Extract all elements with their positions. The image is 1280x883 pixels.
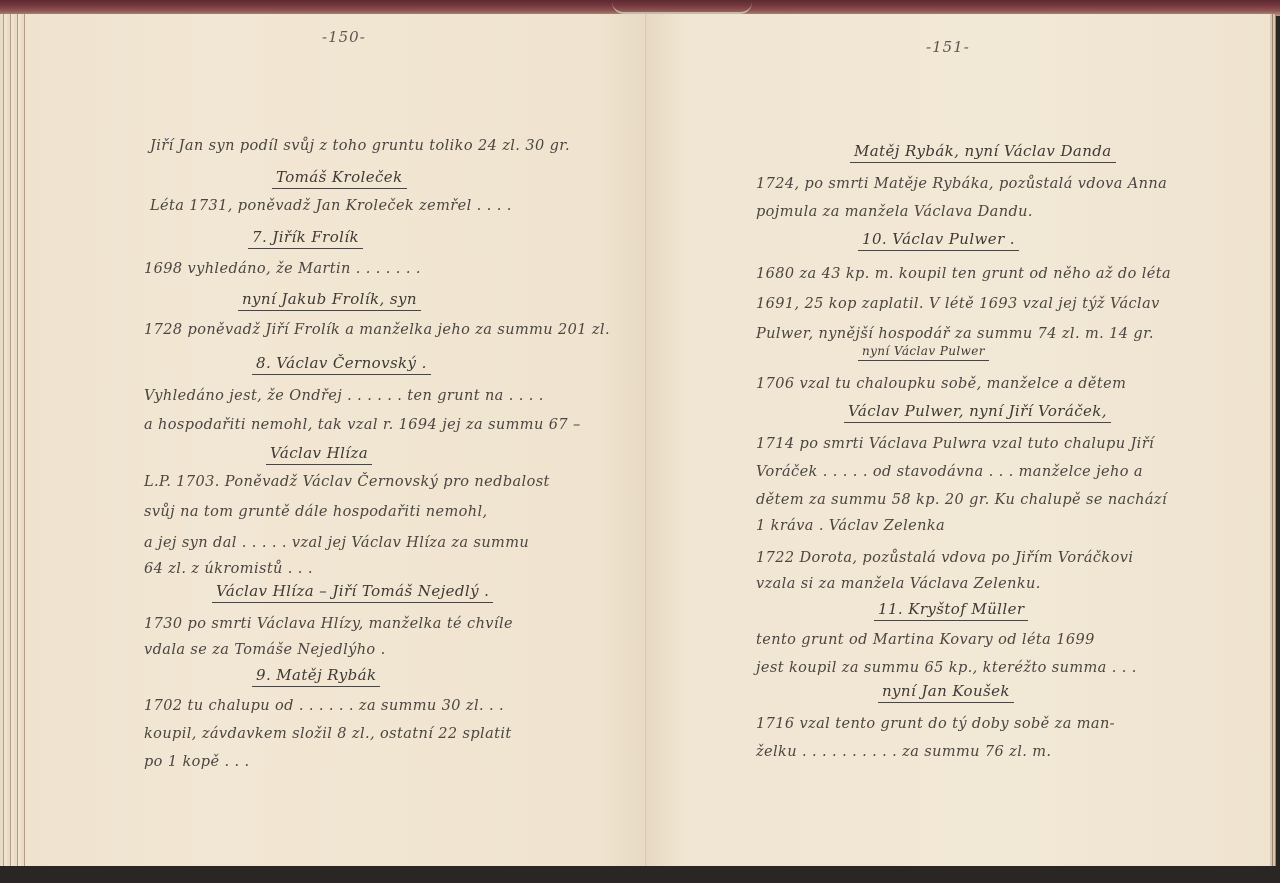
entry-heading: nyní Václav Pulwer [858, 344, 989, 361]
stacked-page-edges [0, 14, 27, 866]
open-book: -150- Jiří Jan syn podíl svůj z toho gru… [0, 14, 1280, 866]
page-number-left: -150- [322, 28, 366, 46]
entry-heading: Václav Hlíza – Jiří Tomáš Nejedlý . [212, 582, 493, 603]
bookmark-thread [612, 2, 752, 14]
text-line: 1730 po smrti Václava Hlízy, manželka té… [144, 616, 513, 632]
text-line: dětem za summu 58 kp. 20 gr. Ku chalupě … [756, 492, 1167, 508]
text-line: jest koupil za summu 65 kp., kteréžto su… [756, 660, 1137, 676]
text-line: Jiří Jan syn podíl svůj z toho gruntu to… [150, 138, 570, 154]
entry-heading: 9. Matěj Rybák [252, 666, 380, 687]
page-number-right: -151- [926, 38, 970, 56]
text-line: koupil, závdavkem složil 8 zl., ostatní … [144, 726, 512, 742]
entry-heading: 10. Václav Pulwer . [858, 230, 1019, 251]
text-line: 1716 vzal tento grunt do tý doby sobě za… [756, 716, 1115, 732]
text-line: 1691, 25 kop zaplatil. V létě 1693 vzal … [756, 296, 1160, 312]
text-line: tento grunt od Martina Kovary od léta 16… [756, 632, 1095, 648]
text-line: a hospodařiti nemohl, tak vzal r. 1694 j… [144, 417, 581, 433]
entry-heading: Matěj Rybák, nyní Václav Danda [850, 142, 1116, 163]
text-line: vzala si za manžela Václava Zelenku. [756, 576, 1041, 592]
text-line: Vyhledáno jest, že Ondřej . . . . . . te… [144, 388, 544, 404]
entry-heading: Tomáš Kroleček [272, 168, 407, 189]
entry-heading: Václav Pulwer, nyní Jiří Voráček, [844, 402, 1111, 423]
entry-heading: Václav Hlíza [266, 444, 372, 465]
text-line: 64 zl. z úkromistů . . . [144, 561, 313, 577]
text-line: po 1 kopě . . . [144, 754, 250, 770]
entry-heading: 11. Kryštof Müller [874, 600, 1028, 621]
entry-heading: nyní Jakub Frolík, syn [238, 290, 421, 311]
text-line: 1714 po smrti Václava Pulwra vzal tuto c… [756, 436, 1154, 452]
right-page: -151- Matěj Rybák, nyní Václav Danda 172… [645, 14, 1276, 866]
text-line: Voráček . . . . . od stavodávna . . . ma… [756, 464, 1143, 480]
text-line: Pulwer, nynější hospodář za summu 74 zl.… [756, 326, 1154, 342]
right-page-edge [1270, 14, 1276, 866]
text-line: 1706 vzal tu chaloupku sobě, manželce a … [756, 376, 1126, 392]
text-line: vdala se za Tomáše Nejedlýho . [144, 642, 386, 658]
text-line: pojmula za manžela Václava Dandu. [756, 204, 1033, 220]
text-line: 1728 poněvadž Jiří Frolík a manželka jeh… [144, 322, 610, 338]
text-line: 1702 tu chalupu od . . . . . . za summu … [144, 698, 504, 714]
text-line: 1698 vyhledáno, že Martin . . . . . . . [144, 261, 421, 277]
text-line: 1722 Dorota, pozůstalá vdova po Jiřím Vo… [756, 550, 1133, 566]
text-line: svůj na tom gruntě dále hospodařiti nemo… [144, 504, 488, 520]
text-line: želku . . . . . . . . . . za summu 76 zl… [756, 744, 1051, 760]
entry-heading: nyní Jan Koušek [878, 682, 1014, 703]
text-line: 1724, po smrti Matěje Rybáka, pozůstalá … [756, 176, 1167, 192]
text-line: L.P. 1703. Poněvadž Václav Černovský pro… [144, 474, 550, 490]
left-page: -150- Jiří Jan syn podíl svůj z toho gru… [26, 14, 645, 866]
entry-heading: 8. Václav Černovský . [252, 354, 431, 375]
entry-heading: 7. Jiřík Frolík [248, 228, 363, 249]
text-line: a jej syn dal . . . . . vzal jej Václav … [144, 535, 529, 551]
text-line: 1 kráva . Václav Zelenka [756, 518, 945, 534]
text-line: 1680 za 43 kp. m. koupil ten grunt od ně… [756, 266, 1171, 282]
text-line: Léta 1731, poněvadž Jan Kroleček zemřel … [150, 198, 512, 214]
